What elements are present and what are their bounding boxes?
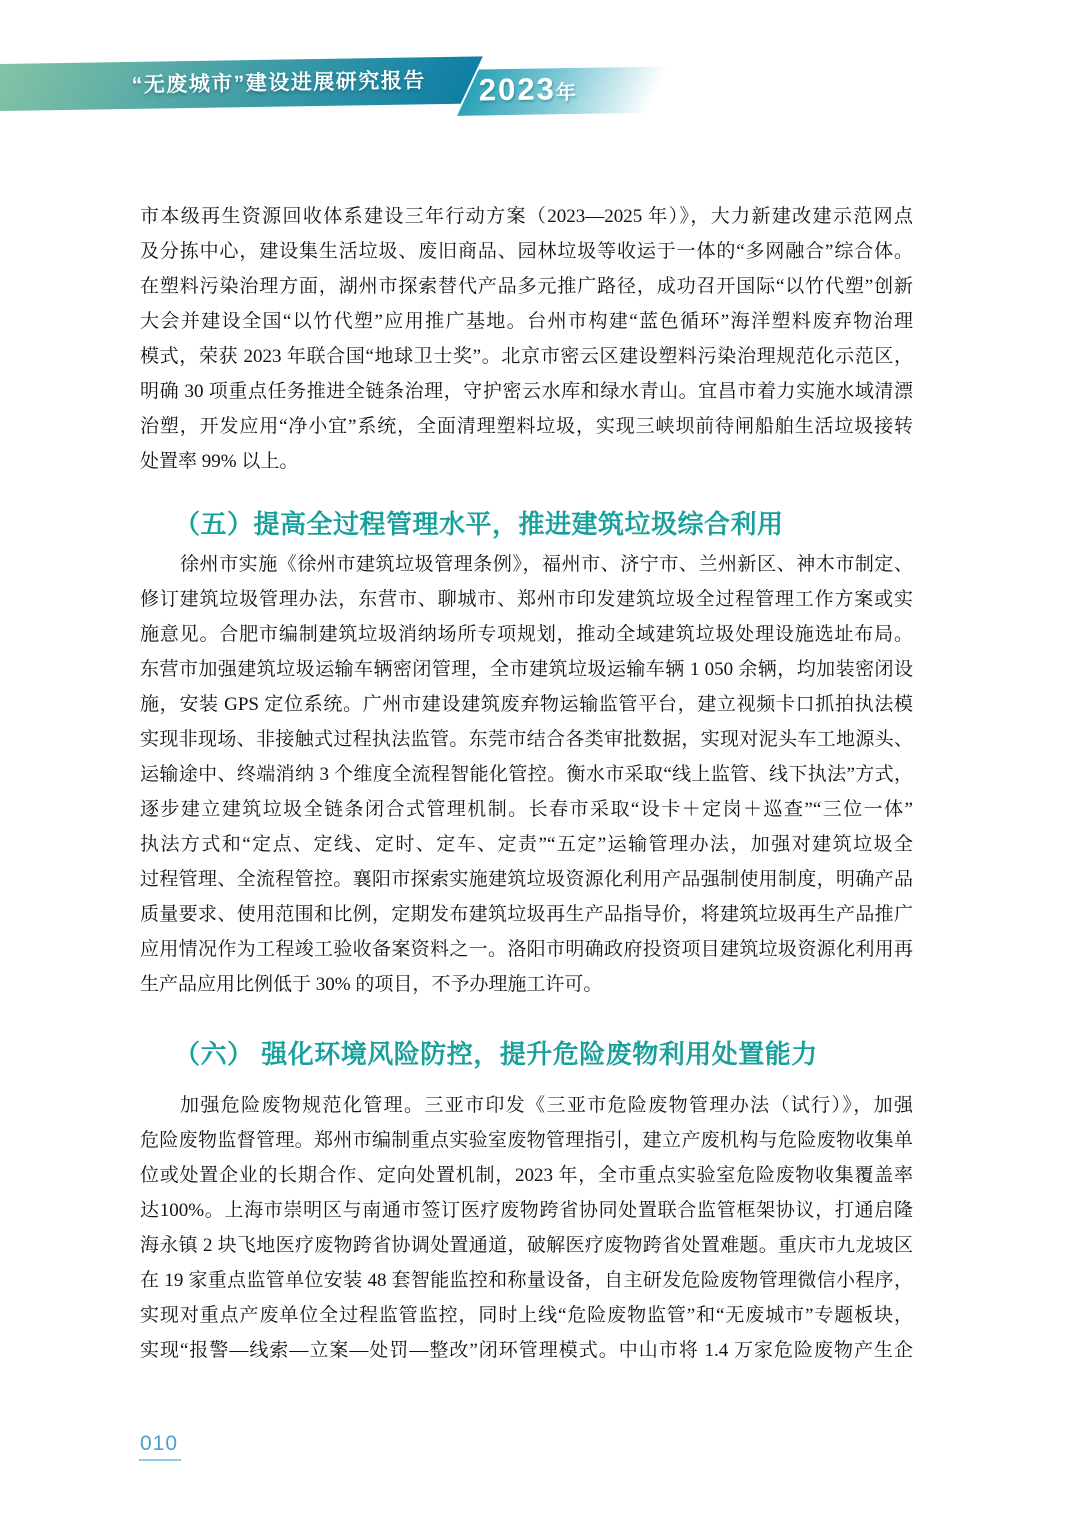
text-line: 大会并建设全国“以竹代塑”应用推广基地。台州市构建“蓝色循环”海洋塑料废弃物治理 xyxy=(140,304,913,339)
header-banner-ribbon: “无废城市”建设进展研究报告 2023年 xyxy=(0,46,681,147)
report-year: 2023年 xyxy=(479,72,577,112)
text-line: 东营市加强建筑垃圾运输车辆密闭管理，全市建筑垃圾运输车辆 1 050 余辆，均加… xyxy=(140,652,913,687)
text-line: 执法方式和“定点、定线、定时、定车、定责”“五定”运输管理办法，加强对建筑垃圾全 xyxy=(140,827,913,862)
section-heading-6: （六） 强化环境风险防控，提升危险废物利用处置能力 xyxy=(174,1037,818,1071)
text-line: 市本级再生资源回收体系建设三年行动方案（2023—2025 年）》，大力新建改建… xyxy=(140,199,913,234)
text-line: 徐州市实施《徐州市建筑垃圾管理条例》，福州市、济宁市、兰州新区、神木市制定、 xyxy=(140,547,913,582)
text-line: 施，安装 GPS 定位系统。广州市建设建筑废弃物运输监管平台，建立视频卡口抓拍执… xyxy=(140,687,913,722)
text-line: 治塑，开发应用“净小宜”系统，全面清理塑料垃圾，实现三峡坝前待闸船舶生活垃圾接转 xyxy=(140,409,913,444)
text-line: 海永镇 2 块飞地医疗废物跨省协调处置通道，破解医疗废物跨省处置难题。重庆市九龙… xyxy=(140,1228,913,1263)
body-paragraph-1: 市本级再生资源回收体系建设三年行动方案（2023—2025 年）》，大力新建改建… xyxy=(140,199,913,479)
text-line: 生产品应用比例低于 30% 的项目，不予办理施工许可。 xyxy=(140,967,913,1002)
header-banner: “无废城市”建设进展研究报告 2023年 xyxy=(0,57,680,147)
text-line: 处置率 99% 以上。 xyxy=(140,444,913,479)
body-paragraph-2: 徐州市实施《徐州市建筑垃圾管理条例》，福州市、济宁市、兰州新区、神木市制定、修订… xyxy=(140,547,913,1002)
text-line: 逐步建立建筑垃圾全链条闭合式管理机制。长春市采取“设卡＋定岗＋巡查”“三位一体” xyxy=(140,792,913,827)
text-line: 运输途中、终端消纳 3 个维度全流程智能化管控。衡水市采取“线上监管、线下执法”… xyxy=(140,757,913,792)
text-line: 实现非现场、非接触式过程执法监管。东莞市结合各类审批数据，实现对泥头车工地源头、 xyxy=(140,722,913,757)
text-line: 位或处置企业的长期合作、定向处置机制，2023 年，全市重点实验室危险废物收集覆… xyxy=(140,1158,913,1193)
text-line: 应用情况作为工程竣工验收备案资料之一。洛阳市明确政府投资项目建筑垃圾资源化利用再 xyxy=(140,932,913,967)
text-line: 在 19 家重点监管单位安装 48 套智能监控和称量设备，自主研发危险废物管理微… xyxy=(140,1263,913,1298)
text-line: 达100%。上海市崇明区与南通市签订医疗废物跨省协同处置联合监管框架协议，打通启… xyxy=(140,1193,913,1228)
text-line: 修订建筑垃圾管理办法，东营市、聊城市、郑州市印发建筑垃圾全过程管理工作方案或实 xyxy=(140,582,913,617)
report-year-suffix: 年 xyxy=(556,82,576,104)
page-number: 010 xyxy=(139,1432,181,1461)
text-line: 危险废物监督管理。郑州市编制重点实验室废物管理指引，建立产废机构与危险废物收集单 xyxy=(140,1123,913,1158)
body-paragraph-3: 加强危险废物规范化管理。三亚市印发《三亚市危险废物管理办法（试行）》，加强危险废… xyxy=(140,1088,913,1368)
report-year-number: 2023 xyxy=(479,71,557,107)
text-line: 实现“报警—线索—立案—处罚—整改”闭环管理模式。中山市将 1.4 万家危险废物… xyxy=(140,1333,913,1368)
text-line: 在塑料污染治理方面，湖州市探索替代产品多元推广路径，成功召开国际“以竹代塑”创新 xyxy=(140,269,913,304)
report-page: “无废城市”建设进展研究报告 2023年 市本级再生资源回收体系建设三年行动方案… xyxy=(0,0,1080,1527)
text-line: 施意见。合肥市编制建筑垃圾消纳场所专项规划，推动全域建筑垃圾处理设施选址布局。 xyxy=(140,617,913,652)
text-line: 及分拣中心，建设集生活垃圾、废旧商品、园林垃圾等收运于一体的“多网融合”综合体。 xyxy=(140,234,913,269)
text-line: 模式，荣获 2023 年联合国“地球卫士奖”。北京市密云区建设塑料污染治理规范化… xyxy=(140,339,913,374)
section-heading-5: （五）提高全过程管理水平，推进建筑垃圾综合利用 xyxy=(174,507,784,541)
text-line: 实现对重点产废单位全过程监管监控，同时上线“危险废物监管”和“无废城市”专题板块… xyxy=(140,1298,913,1333)
text-line: 明确 30 项重点任务推进全链条治理，守护密云水库和绿水青山。宜昌市着力实施水域… xyxy=(140,374,913,409)
text-line: 过程管理、全流程管控。襄阳市探索实施建筑垃圾资源化利用产品强制使用制度，明确产品 xyxy=(140,862,913,897)
report-title: “无废城市”建设进展研究报告 xyxy=(132,67,426,100)
text-line: 质量要求、使用范围和比例，定期发布建筑垃圾再生产品指导价，将建筑垃圾再生产品推广 xyxy=(140,897,913,932)
text-line: 加强危险废物规范化管理。三亚市印发《三亚市危险废物管理办法（试行）》，加强 xyxy=(140,1088,913,1123)
